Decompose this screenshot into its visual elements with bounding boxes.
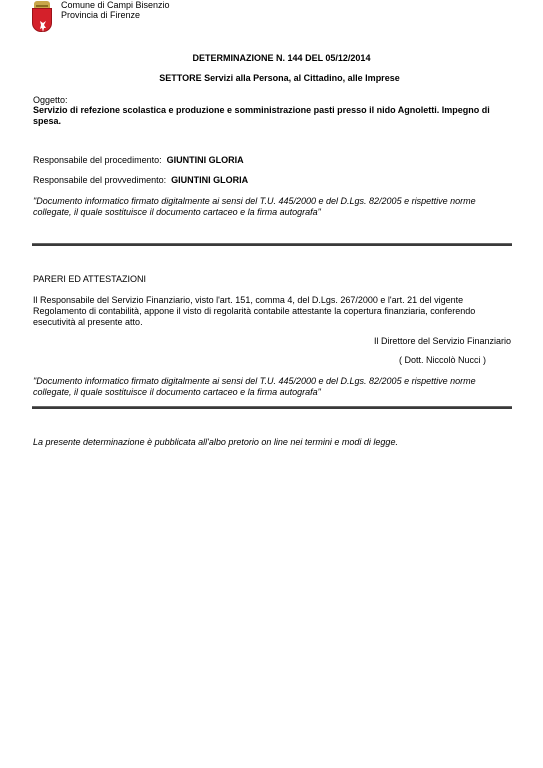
shield-icon: [32, 8, 52, 32]
document-title: DETERMINAZIONE N. 144 DEL 05/12/2014: [10, 53, 543, 63]
procedure-manager-name: GIUNTINI GLORIA: [167, 155, 244, 165]
procedure-manager-label: Responsabile del procedimento:: [33, 155, 162, 165]
digital-signature-note: "Documento informatico firmato digitalme…: [33, 196, 513, 218]
procedure-manager: Responsabile del procedimento: GIUNTINI …: [33, 155, 513, 166]
municipality-name: Comune di Campi Bisenzio: [61, 0, 170, 10]
section-divider: [32, 406, 512, 409]
subject-text: Servizio di refezione scolastica e produ…: [33, 105, 513, 127]
sector-name: Servizi alla Persona, al Cittadino, alle…: [204, 73, 400, 83]
publication-note: La presente determinazione è pubblicata …: [33, 437, 513, 448]
signer-role: Il Direttore del Servizio Finanziario: [374, 336, 511, 347]
measure-manager-name: GIUNTINI GLORIA: [171, 175, 248, 185]
rampant-figure-icon: [38, 20, 48, 34]
opinions-signature-note: "Documento informatico firmato digitalme…: [33, 376, 513, 398]
coat-of-arms-icon: [32, 1, 52, 33]
measure-manager-label: Responsabile del provvedimento:: [33, 175, 166, 185]
issuer-block: Comune di Campi Bisenzio Provincia di Fi…: [61, 0, 170, 20]
opinions-heading: PARERI ED ATTESTAZIONI: [33, 274, 513, 285]
signer-name: ( Dott. Niccolò Nucci ): [399, 355, 486, 366]
section-divider: [32, 243, 512, 246]
sector-heading: SETTORE Servizi alla Persona, al Cittadi…: [8, 73, 543, 83]
measure-manager: Responsabile del provvedimento: GIUNTINI…: [33, 175, 513, 186]
sector-label: SETTORE: [159, 73, 201, 83]
province-name: Provincia di Firenze: [61, 10, 170, 20]
opinions-body: Il Responsabile del Servizio Finanziario…: [33, 295, 503, 328]
crown-icon: [34, 1, 50, 8]
